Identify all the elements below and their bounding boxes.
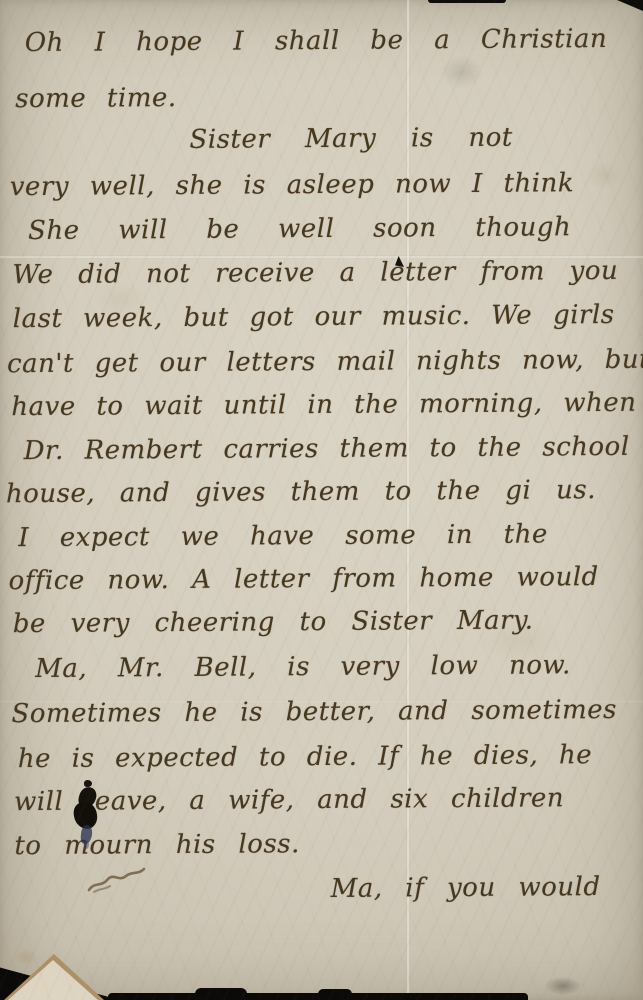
ink-blot-part: [84, 840, 89, 849]
letter-line: I expect we have some in the: [18, 521, 548, 551]
bleed-through-mark: [86, 866, 148, 896]
letter-line: can't get our letters mail nights now, b…: [7, 347, 643, 377]
letter-line: Oh I hope I shall be a Christian: [25, 26, 608, 56]
scan-edge-bottom: [318, 989, 352, 1000]
letter-line: he is expected to die. If he dies, he: [18, 742, 593, 772]
letter-line: She will be well soon though: [28, 214, 571, 244]
letter-line: Ma, if you would: [331, 874, 601, 902]
scan-edge-top: [428, 0, 506, 3]
ink-blot: [72, 780, 106, 846]
letter-line: Ma, Mr. Bell, is very low now.: [35, 652, 571, 682]
letter-line: office now. A letter from home would: [8, 564, 598, 594]
ink-blot-part: [84, 780, 92, 787]
letter-line: to mourn his loss.: [14, 831, 300, 859]
letter-line: Sister Mary is not: [189, 125, 512, 153]
letter-line: Dr. Rembert carries them to the school: [24, 434, 630, 464]
letter-page: Oh I hope I shall be a Christiansome tim…: [0, 0, 643, 1000]
letter-line: We did not receive a letter from you: [12, 258, 618, 288]
letter-line: some time.: [15, 85, 177, 112]
letter-line: have to wait until in the morning, when: [11, 390, 636, 420]
scan-edge-bottom: [195, 988, 247, 1000]
letter-line: house, and gives them to the gi us.: [6, 477, 596, 507]
letter-body: Oh I hope I shall be a Christiansome tim…: [0, 0, 643, 1000]
letter-line: be very cheering to Sister Mary.: [13, 608, 534, 638]
letter-line: last week, but got our music. We girls: [13, 302, 615, 332]
letter-line: very well, she is asleep now I think: [10, 170, 574, 200]
letter-line: Sometimes he is better, and sometimes: [11, 697, 617, 727]
scanned-letter: Oh I hope I shall be a Christiansome tim…: [0, 0, 643, 1000]
